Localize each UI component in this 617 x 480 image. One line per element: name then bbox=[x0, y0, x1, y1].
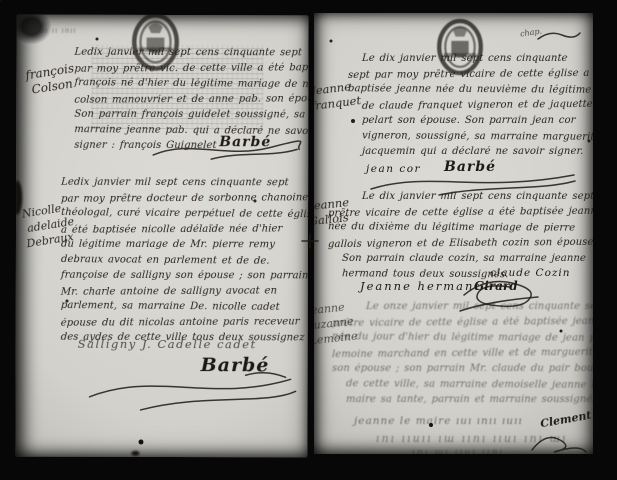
manuscript-line: son épouse ; son parrain Mr. claude du p… bbox=[332, 361, 593, 377]
signature-flourish bbox=[151, 135, 301, 161]
baptism-record-jeanne-franquet: Le dix janvier mil sept cens cinquante s… bbox=[348, 51, 586, 160]
manuscript-line: née du dixième du légitime mariage de pi… bbox=[328, 219, 593, 236]
right-page: chap. Jeanne franquet Le dix janvier mil… bbox=[314, 13, 593, 454]
manuscript-line: maire sa tante, parrain et marraine sous… bbox=[332, 392, 593, 408]
manuscript-line: par moy prêtre vic. de cette ville a été… bbox=[74, 60, 301, 77]
manuscript-line: du légitime mariage de Mr. pierre remy bbox=[61, 237, 304, 253]
signature-clement: Clement bbox=[539, 409, 592, 431]
manuscript-line: Son parrain claude cozin, sa marraine je… bbox=[328, 251, 593, 267]
manuscript-line: théologal, curé vicaire perpétuel de cet… bbox=[61, 205, 304, 223]
manuscript-line: Ledix janvier mil sept cens cinquante se… bbox=[74, 45, 301, 61]
manuscript-line: sept par moy prêtre vicaire de cette égl… bbox=[348, 65, 587, 83]
gutter-ink-cross bbox=[300, 232, 320, 250]
manuscript-line: Le dix janvier mil sept cens cinquante s… bbox=[328, 189, 593, 205]
manuscript-line: de cette ville, sa marraine demoiselle j… bbox=[332, 376, 593, 393]
manuscript-line: Son parrain françois guidelet soussigné,… bbox=[74, 107, 301, 123]
manuscript-line: épouse du dit nicolas antoine paris rece… bbox=[60, 314, 303, 331]
manuscript-line: françois né d'hier du légitime mariage d… bbox=[74, 75, 301, 92]
manuscript-line: debraux avocat en parlement et de de. bbox=[61, 251, 304, 269]
bleedthrough-mirrored-line: ıuıı ınıı ım ıuı bbox=[410, 447, 502, 454]
manuscript-line: colson manouvrier et de anne pab. son ép… bbox=[74, 91, 301, 108]
margin-note-francois-colson: françois Colson bbox=[24, 61, 77, 98]
baptism-record-nicolle-debraux: Ledix janvier mil sept cens cinquante se… bbox=[61, 175, 303, 346]
manuscript-line: lemoine marchand en cette ville et de ma… bbox=[332, 344, 593, 362]
left-page: ıuı ıı ınıı françois Colson Ledix janvie… bbox=[15, 15, 308, 458]
manuscript-line: née du jour d'hier du légitime mariage d… bbox=[332, 329, 593, 346]
manuscript-line: Le dix janvier mil sept cens cinquante bbox=[348, 51, 587, 67]
manuscript-line: jacquemin qui a déclaré ne savoir signer… bbox=[348, 144, 587, 160]
bleedthrough-mirrored-line: ım ıuı ınıı ıuıı mı ıınıı ıuı bbox=[374, 433, 566, 446]
manuscript-line: vigneron, soussigné, sa marraine marguer… bbox=[348, 128, 587, 145]
manuscript-line: Ledix janvier mil sept cens cinquante se… bbox=[61, 175, 304, 191]
manuscript-line: Le onze janvier mil sept cens cinquante … bbox=[332, 299, 593, 315]
signature-jeanne-le-maire: jeanne le maire ıuı ınıı ıuıı bbox=[354, 415, 523, 427]
manuscript-line: a été baptisée nicolle adélaïde née d'hi… bbox=[61, 221, 304, 238]
manuscript-line: Mr. charle antoine de salligny avocat en bbox=[60, 283, 303, 300]
ink-blot bbox=[131, 451, 139, 456]
manuscript-line: par moy prêtre docteur de sorbonne chano… bbox=[61, 190, 304, 207]
manuscript-line: parlement, sa marraine De. nicolle cadet bbox=[61, 298, 304, 316]
manuscript-line: de claude franquet vigneron et de jaquet… bbox=[348, 96, 587, 114]
corner-paraph-flourish bbox=[536, 29, 582, 43]
register-scan: ıuı ıı ınıı françois Colson Ledix janvie… bbox=[0, 0, 617, 480]
manuscript-line: pelart son épouse. Son parrain jean cor bbox=[348, 113, 587, 129]
paper-specks bbox=[0, 0, 2, 2]
pencil-note: ıuı ıı ınıı bbox=[37, 27, 77, 35]
signature-flourish-large bbox=[86, 365, 301, 414]
baptism-record-jeanne-lemoine: Le onze janvier mil sept cens cinquante … bbox=[332, 299, 592, 408]
signature-salligny-cadet: Salligny J. Cadelle cadet bbox=[78, 337, 257, 351]
manuscript-line: baptisée jeanne née du neuvième du légit… bbox=[348, 81, 587, 98]
manuscript-line: françoise de salligny son épouse ; son p… bbox=[60, 268, 303, 284]
manuscript-line: gallois vigneron et de Elisabeth cozin s… bbox=[328, 234, 593, 252]
